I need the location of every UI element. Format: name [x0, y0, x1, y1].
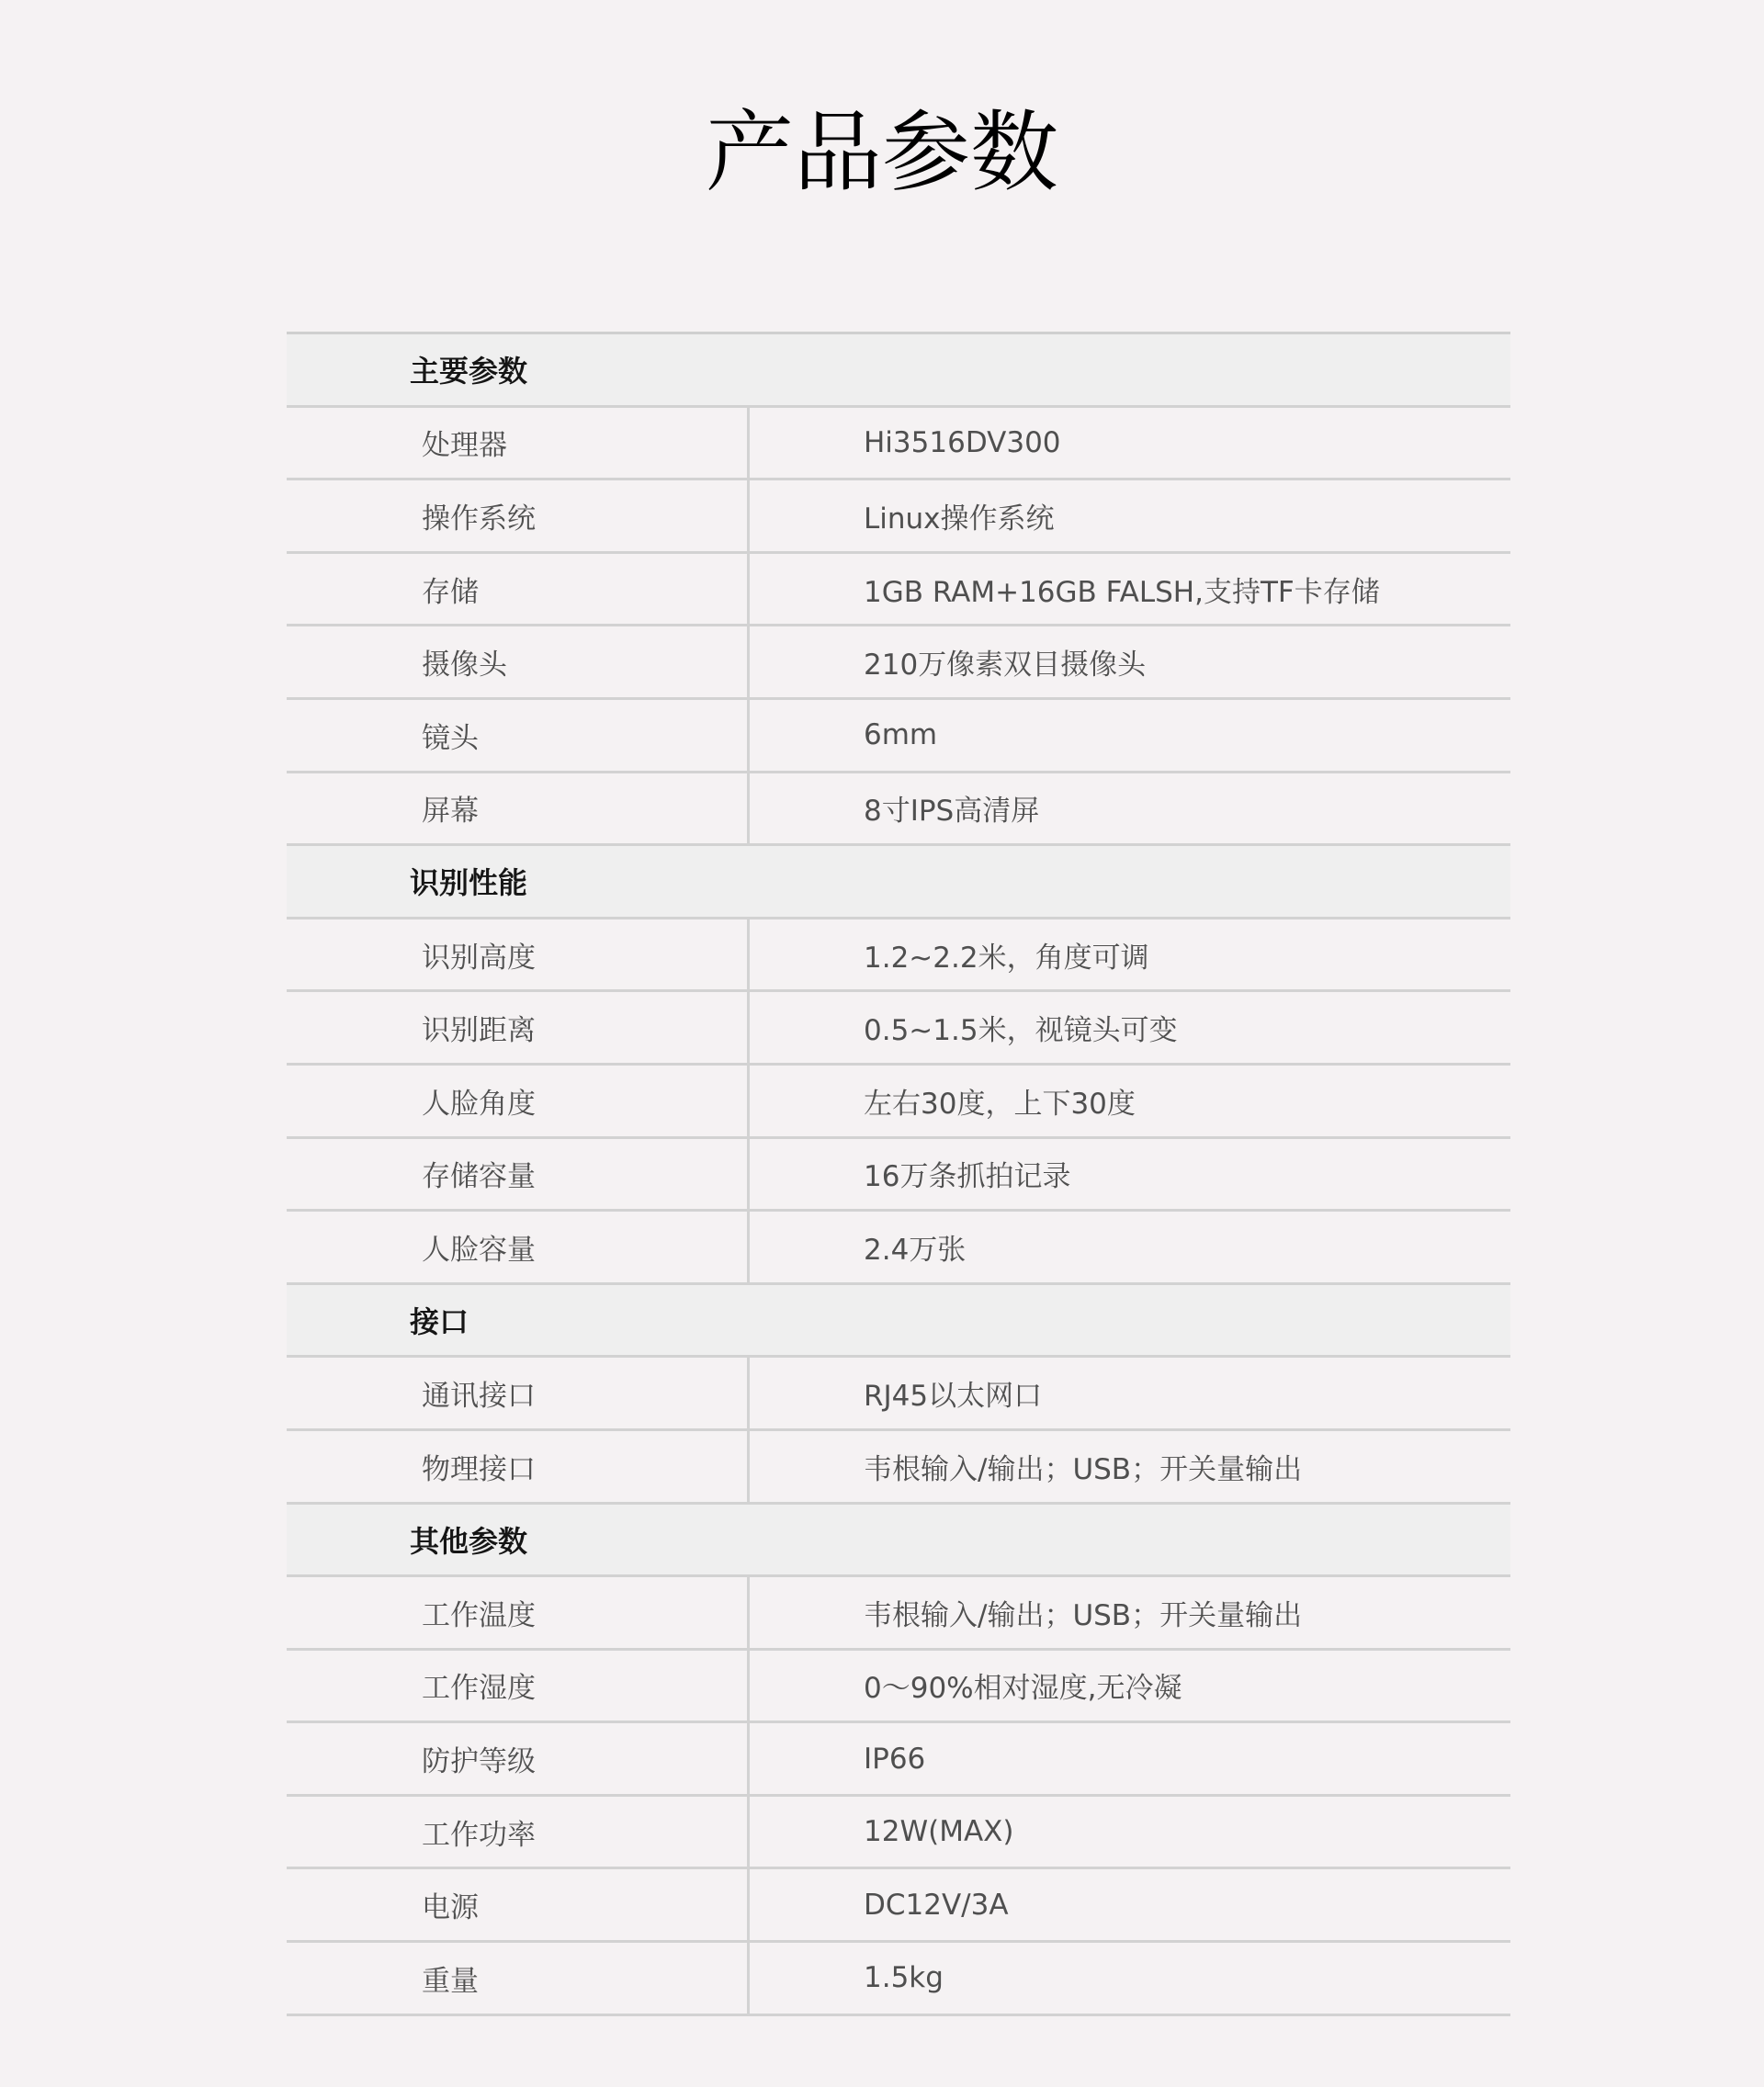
table-row: 物理接口 韦根输入/输出；USB；开关量输出 [287, 1431, 1510, 1505]
row-label: 人脸角度 [422, 1066, 536, 1136]
row-label: 摄像头 [422, 626, 507, 697]
column-divider [747, 408, 750, 481]
table-row: 处理器 Hi3516DV300 [287, 408, 1510, 481]
table-row: 工作温度 韦根输入/输出；USB；开关量输出 [287, 1577, 1510, 1651]
column-divider [747, 992, 750, 1066]
column-divider [747, 919, 750, 993]
column-divider [747, 1066, 750, 1139]
table-row: 摄像头 210万像素双目摄像头 [287, 626, 1510, 700]
section-header-interfaces: 接口 [287, 1285, 1510, 1359]
section-header-other-params: 其他参数 [287, 1505, 1510, 1578]
table-row: 人脸角度 左右30度，上下30度 [287, 1066, 1510, 1139]
table-row: 重量 1.5kg [287, 1943, 1510, 2016]
column-divider [747, 1869, 750, 1943]
section-title: 识别性能 [410, 846, 527, 917]
row-label: 防护等级 [422, 1723, 536, 1794]
column-divider [747, 1797, 750, 1870]
column-divider [747, 1212, 750, 1285]
column-divider [747, 1358, 750, 1431]
column-divider [747, 700, 750, 773]
column-divider [747, 1943, 750, 2016]
row-value: 16万条抓拍记录 [864, 1139, 1070, 1210]
row-label: 人脸容量 [422, 1212, 536, 1282]
row-value: Hi3516DV300 [864, 408, 1061, 479]
row-label: 重量 [422, 1943, 479, 2014]
table-row: 存储容量 16万条抓拍记录 [287, 1139, 1510, 1213]
row-value: 1.5kg [864, 1943, 944, 2014]
column-divider [747, 554, 750, 627]
row-label: 屏幕 [422, 773, 479, 844]
row-label: 镜头 [422, 700, 479, 771]
column-divider [747, 1723, 750, 1797]
column-divider [747, 1651, 750, 1724]
table-row: 电源 DC12V/3A [287, 1869, 1510, 1943]
table-row: 屏幕 8寸IPS高清屏 [287, 773, 1510, 847]
table-row: 识别高度 1.2~2.2米，角度可调 [287, 919, 1510, 993]
column-divider [747, 773, 750, 847]
table-row: 镜头 6mm [287, 700, 1510, 773]
table-row: 存储 1GB RAM+16GB FALSH,支持TF卡存储 [287, 554, 1510, 627]
row-label: 处理器 [422, 408, 507, 479]
row-value: DC12V/3A [864, 1869, 1009, 1940]
section-header-main-params: 主要参数 [287, 334, 1510, 408]
row-label: 通讯接口 [422, 1358, 536, 1428]
row-value: 210万像素双目摄像头 [864, 626, 1146, 697]
row-value: 韦根输入/输出；USB；开关量输出 [864, 1577, 1302, 1648]
section-title: 接口 [410, 1285, 469, 1356]
page-title: 产品参数 [0, 101, 1764, 204]
spec-table: 主要参数 处理器 Hi3516DV300 操作系统 Linux操作系统 存储 1… [287, 332, 1510, 2016]
row-value: 12W(MAX) [864, 1797, 1013, 1867]
section-header-recognition: 识别性能 [287, 846, 1510, 919]
row-value: 6mm [864, 700, 937, 771]
column-divider [747, 480, 750, 554]
table-row: 识别距离 0.5~1.5米，视镜头可变 [287, 992, 1510, 1066]
table-row: 通讯接口 RJ45以太网口 [287, 1358, 1510, 1431]
table-row: 工作功率 12W(MAX) [287, 1797, 1510, 1870]
row-label: 物理接口 [422, 1431, 536, 1502]
section-title: 其他参数 [410, 1505, 527, 1575]
row-value: 0.5~1.5米，视镜头可变 [864, 992, 1178, 1063]
row-label: 工作温度 [422, 1577, 536, 1648]
row-label: 存储 [422, 554, 479, 625]
column-divider [747, 1431, 750, 1505]
row-label: 工作功率 [422, 1797, 536, 1867]
column-divider [747, 1139, 750, 1213]
row-value: 1GB RAM+16GB FALSH,支持TF卡存储 [864, 554, 1380, 625]
row-value: IP66 [864, 1723, 925, 1794]
row-label: 电源 [422, 1869, 479, 1940]
row-value: 韦根输入/输出；USB；开关量输出 [864, 1431, 1302, 1502]
row-value: Linux操作系统 [864, 480, 1055, 551]
table-row: 工作湿度 0～90%相对湿度,无冷凝 [287, 1651, 1510, 1724]
row-label: 存储容量 [422, 1139, 536, 1210]
table-row: 防护等级 IP66 [287, 1723, 1510, 1797]
row-value: 2.4万张 [864, 1212, 966, 1282]
table-row: 人脸容量 2.4万张 [287, 1212, 1510, 1285]
column-divider [747, 1577, 750, 1651]
row-value: 1.2~2.2米，角度可调 [864, 919, 1149, 990]
column-divider [747, 626, 750, 700]
row-value: RJ45以太网口 [864, 1358, 1042, 1428]
row-label: 操作系统 [422, 480, 536, 551]
row-label: 工作湿度 [422, 1651, 536, 1721]
table-row: 操作系统 Linux操作系统 [287, 480, 1510, 554]
row-label: 识别距离 [422, 992, 536, 1063]
row-value: 8寸IPS高清屏 [864, 773, 1039, 844]
row-label: 识别高度 [422, 919, 536, 990]
row-value: 0～90%相对湿度,无冷凝 [864, 1651, 1182, 1721]
row-value: 左右30度，上下30度 [864, 1066, 1136, 1136]
section-title: 主要参数 [410, 334, 527, 405]
